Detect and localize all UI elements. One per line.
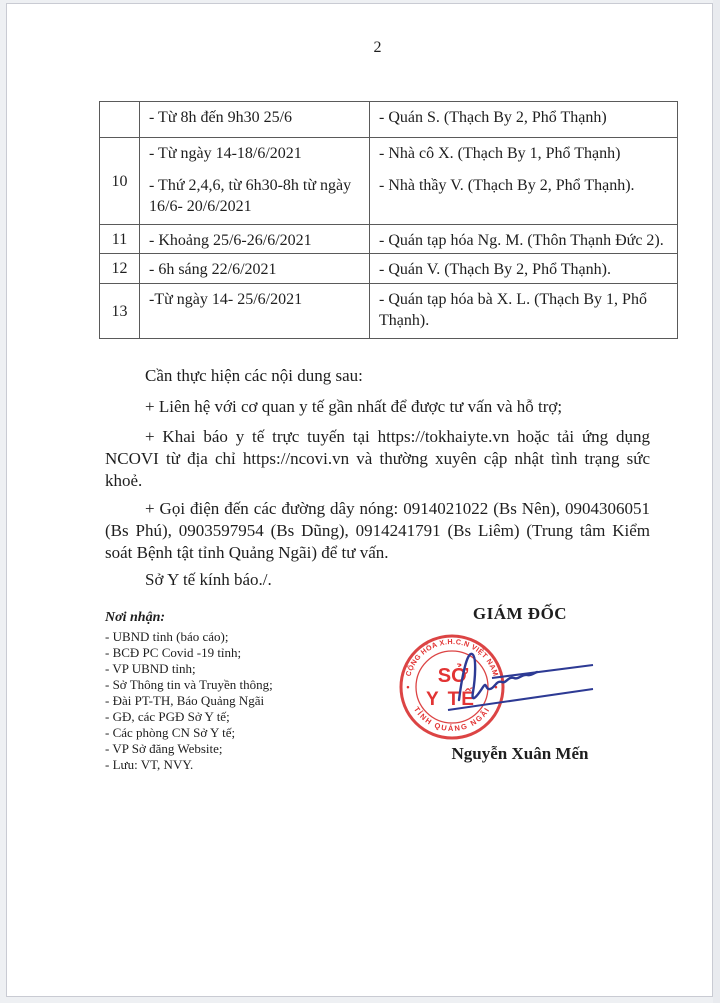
recipient-item: - Sở Thông tin và Truyền thông; <box>105 677 273 693</box>
signature-block: GIÁM ĐỐC CỘNG HÒA X.H.C.N VIỆT NAM TỈNH … <box>395 604 645 624</box>
instructions-section: Cần thực hiện các nội dung sau: + Liên h… <box>105 365 650 591</box>
contact-points-table: - Từ 8h đến 9h30 25/6 - Quán S. (Thạch B… <box>99 101 678 339</box>
recipient-item: - VP Sở đăng Website; <box>105 741 273 757</box>
table-row: 10 - Từ ngày 14-18/6/2021 - Thứ 2,4,6, t… <box>100 138 678 225</box>
time-entry: - Từ 8h đến 9h30 25/6 <box>149 107 363 128</box>
recipient-item: - VP UBND tỉnh; <box>105 661 273 677</box>
time-entry: - 6h sáng 22/6/2021 <box>149 259 363 280</box>
page-number: 2 <box>105 37 650 58</box>
page-surface: 2 - Từ 8h đến 9h30 25/6 - Quán S. (Thạch… <box>6 3 713 997</box>
location-entry: - Nhà thầy V. (Thạch By 2, Phổ Thạnh). <box>379 175 671 196</box>
row-number-cell <box>100 102 140 138</box>
instruction-item: + Gọi điện đến các đường dây nóng: 09140… <box>105 498 650 564</box>
location-cell: - Quán S. (Thạch By 2, Phổ Thạnh) <box>370 102 678 138</box>
page-right-edge <box>713 0 720 1003</box>
recipient-item: - BCĐ PC Covid -19 tỉnh; <box>105 645 273 661</box>
location-entry: - Quán tạp hóa Ng. M. (Thôn Thạnh Đức 2)… <box>379 230 671 251</box>
time-cell: - Từ 8h đến 9h30 25/6 <box>140 102 370 138</box>
document-viewer: 2 - Từ 8h đến 9h30 25/6 - Quán S. (Thạch… <box>0 0 720 1003</box>
row-number-cell: 13 <box>100 284 140 339</box>
table-row: - Từ 8h đến 9h30 25/6 - Quán S. (Thạch B… <box>100 102 678 138</box>
recipient-item: - GĐ, các PGĐ Sở Y tế; <box>105 709 273 725</box>
time-entry: -Từ ngày 14- 25/6/2021 <box>149 289 363 310</box>
signer-name: Nguyễn Xuân Mến <box>395 744 645 764</box>
closing-note: Sở Y tế kính báo./. <box>105 569 650 591</box>
time-cell: - Khoảng 25/6-26/6/2021 <box>140 225 370 254</box>
recipient-item: - UBND tỉnh (báo cáo); <box>105 629 273 645</box>
location-cell: - Quán V. (Thạch By 2, Phổ Thạnh). <box>370 254 678 284</box>
table-row: 12 - 6h sáng 22/6/2021 - Quán V. (Thạch … <box>100 254 678 284</box>
row-number-cell: 12 <box>100 254 140 284</box>
table-row: 11 - Khoảng 25/6-26/6/2021 - Quán tạp hó… <box>100 225 678 254</box>
signature-and-recipients: Nơi nhận: - UBND tỉnh (báo cáo); - BCĐ P… <box>7 602 712 847</box>
signature-flourish-line <box>492 665 593 678</box>
location-entry: - Quán tạp hóa bà X. L. (Thạch By 1, Phổ… <box>379 289 671 331</box>
instruction-item: + Liên hệ với cơ quan y tế gần nhất để đ… <box>105 396 650 418</box>
instruction-item: + Khai báo y tế trực tuyến tại https://t… <box>105 426 650 492</box>
official-seal: CỘNG HÒA X.H.C.N VIỆT NAM TỈNH QUẢNG NGÃ… <box>395 624 605 756</box>
recipients-heading: Nơi nhận: <box>105 609 273 627</box>
time-cell: - Từ ngày 14-18/6/2021 - Thứ 2,4,6, từ 6… <box>140 138 370 225</box>
recipient-item: - Đài PT-TH, Báo Quảng Ngãi <box>105 693 273 709</box>
instruction-intro: Cần thực hiện các nội dung sau: <box>105 365 650 387</box>
location-cell: - Quán tạp hóa Ng. M. (Thôn Thạnh Đức 2)… <box>370 225 678 254</box>
time-entry: - Từ ngày 14-18/6/2021 <box>149 143 363 164</box>
time-entry: - Thứ 2,4,6, từ 6h30-8h từ ngày 16/6- 20… <box>149 175 363 217</box>
row-number-cell: 10 <box>100 138 140 225</box>
seal-left-dot: • <box>406 682 409 692</box>
location-entry: - Nhà cô X. (Thạch By 1, Phổ Thạnh) <box>379 143 671 164</box>
time-cell: -Từ ngày 14- 25/6/2021 <box>140 284 370 339</box>
table-row: 13 -Từ ngày 14- 25/6/2021 - Quán tạp hóa… <box>100 284 678 339</box>
recipients-list: Nơi nhận: - UBND tỉnh (báo cáo); - BCĐ P… <box>105 609 273 773</box>
recipient-item: - Lưu: VT, NVY. <box>105 757 273 773</box>
time-entry: - Khoảng 25/6-26/6/2021 <box>149 230 363 251</box>
location-entry: - Quán S. (Thạch By 2, Phổ Thạnh) <box>379 107 671 128</box>
director-title: GIÁM ĐỐC <box>395 604 645 624</box>
location-cell: - Nhà cô X. (Thạch By 1, Phổ Thạnh) - Nh… <box>370 138 678 225</box>
row-number-cell: 11 <box>100 225 140 254</box>
recipient-item: - Các phòng CN Sở Y tế; <box>105 725 273 741</box>
seal-inner-ring <box>416 651 488 723</box>
location-entry: - Quán V. (Thạch By 2, Phổ Thạnh). <box>379 259 671 280</box>
time-cell: - 6h sáng 22/6/2021 <box>140 254 370 284</box>
location-cell: - Quán tạp hóa bà X. L. (Thạch By 1, Phổ… <box>370 284 678 339</box>
